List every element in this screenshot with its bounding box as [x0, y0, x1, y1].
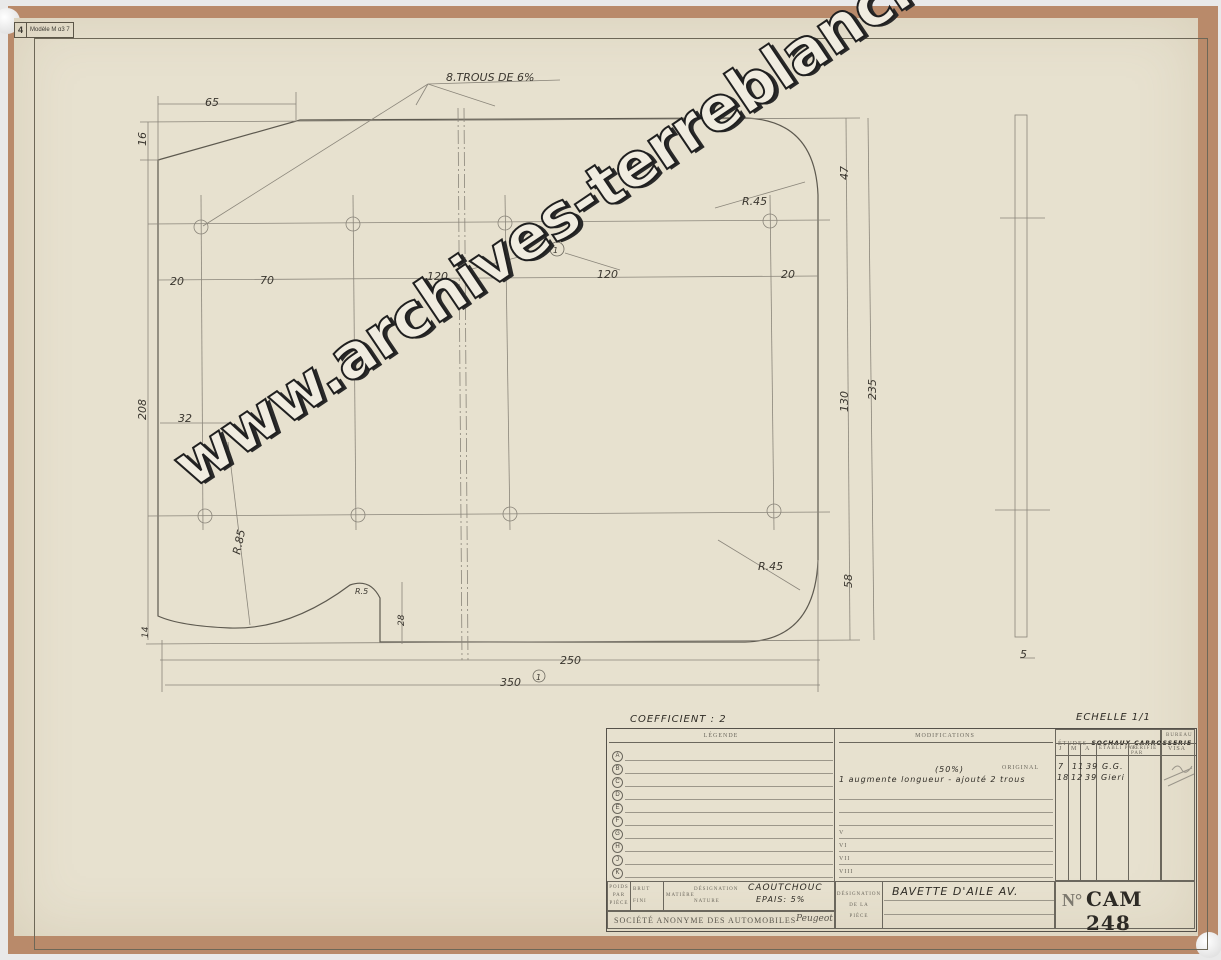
piece-designation: DÉSIGNATION DE LA PIÈCE BAVETTE D'AILE A… [835, 881, 1055, 929]
material-value: CAOUTCHOUC [748, 883, 823, 893]
svg-text:14: 14 [141, 626, 151, 638]
svg-text:65: 65 [205, 96, 219, 109]
legend-section: LÉGENDE A B C D E F G H J K [607, 729, 835, 881]
entry-1: 7 11 39 G.G. [1058, 762, 1064, 771]
modifications-section: MODIFICATIONS ORIGINAL (50%) 1 augmente … [835, 729, 1055, 881]
svg-text:R.45: R.45 [758, 560, 783, 573]
piece-name: BAVETTE D'AILE AV. [892, 885, 1018, 898]
svg-text:250: 250 [560, 654, 581, 667]
svg-text:1: 1 [536, 673, 541, 682]
modification-entry: 1 augmente longueur - ajouté 2 trous [839, 775, 1026, 784]
scale: ECHELLE 1/1 [1076, 712, 1151, 723]
svg-text:350: 350 [500, 676, 521, 689]
etudes-section: ÉTUDES SOCHAUX CARROSSERIE J M A Établi … [1055, 729, 1161, 881]
svg-text:130: 130 [838, 391, 851, 412]
svg-text:20: 20 [781, 268, 795, 281]
visa-section: BUREAU VISA [1161, 729, 1195, 881]
coefficient: COEFFICIENT : 2 [630, 714, 727, 725]
svg-text:47: 47 [838, 166, 851, 180]
svg-text:208: 208 [136, 399, 149, 420]
holes-callout: 8.TROUS DE 6% [446, 71, 534, 84]
entry-2: 18 12 39 Gieri [1057, 773, 1069, 782]
signature [1162, 758, 1196, 798]
svg-text:R.5: R.5 [355, 587, 368, 596]
peugeot-logo: Peugeot [796, 914, 833, 924]
material-row: Poids par pièce Brut Fini Matière Désign… [607, 881, 835, 911]
svg-text:16: 16 [136, 132, 149, 146]
company-row: SOCIÉTÉ ANONYME DES AUTOMOBILES Peugeot [607, 911, 835, 929]
svg-text:235: 235 [866, 379, 879, 400]
svg-text:28: 28 [397, 614, 407, 626]
svg-text:20: 20 [170, 275, 184, 288]
svg-text:R.85: R.85 [230, 528, 248, 555]
svg-text:70: 70 [260, 274, 274, 287]
svg-text:120: 120 [597, 268, 618, 281]
drawing-number: N° CAM 248 [1055, 881, 1195, 929]
svg-text:58: 58 [842, 574, 855, 588]
svg-text:R.45: R.45 [742, 195, 767, 208]
title-block: LÉGENDE A B C D E F G H J K MODIFICATION… [606, 728, 1197, 932]
svg-text:5: 5 [1020, 648, 1027, 661]
thickness-value: EPAIS: 5% [756, 895, 805, 904]
